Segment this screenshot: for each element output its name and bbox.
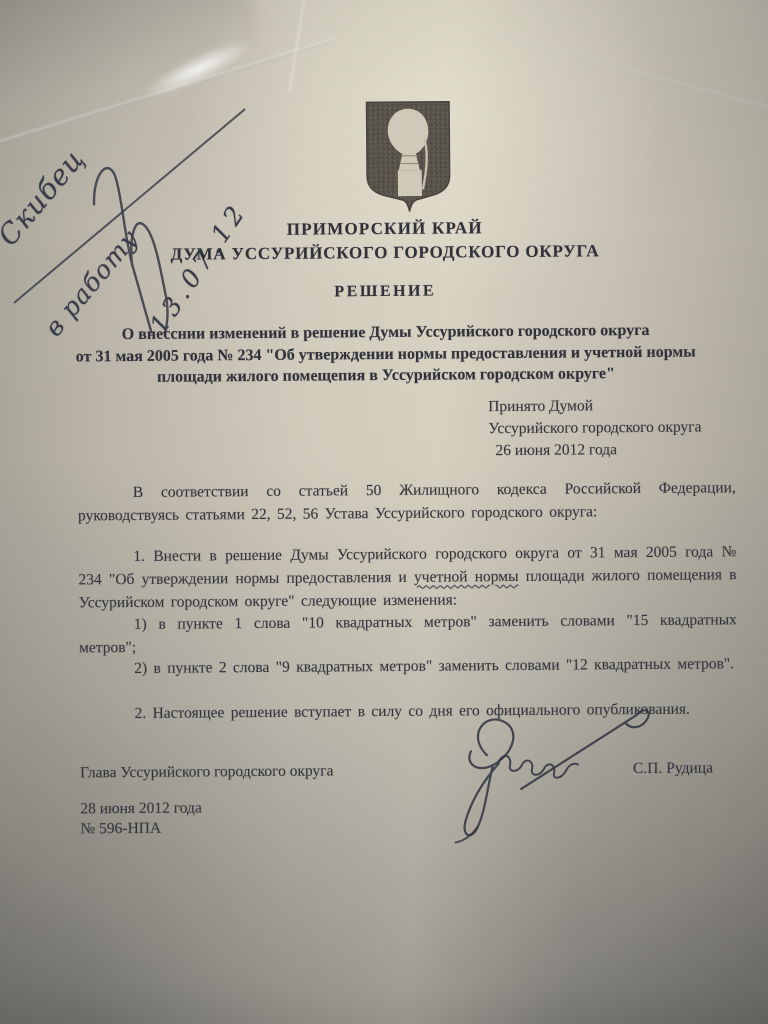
document-date: 28 июня 2012 года xyxy=(80,799,202,818)
subpoint-1-paragraph: 1) в пункте 1 слова "10 квадратных метро… xyxy=(79,609,737,660)
adoption-line-1: Принято Думой xyxy=(488,395,701,419)
region-name: ПРИМОРСКИЙ КРАЙ xyxy=(34,216,736,242)
adoption-date: 26 июня 2012 года xyxy=(495,439,701,463)
document-type: РЕШЕНИЕ xyxy=(34,280,736,304)
adoption-block: Принято Думой Уссурийского городского ок… xyxy=(488,395,702,463)
coat-of-arms-icon xyxy=(360,95,457,216)
subpoint-2-paragraph: 2) в пункте 2 слова "9 квадратных метров… xyxy=(79,653,737,681)
signer-name: С.П. Рудица xyxy=(633,759,713,778)
official-signature xyxy=(424,692,667,844)
preamble-paragraph: В соответствии со статьей 50 Жилищного к… xyxy=(78,477,736,528)
official-document: ПРИМОРСКИЙ КРАЙ ДУМА УССУРИЙСКОГО ГОРОДС… xyxy=(0,0,768,1024)
document-title: О внесснии изменений в решение Думы Уссу… xyxy=(29,319,743,389)
point-1-paragraph: 1. Внести в решение Думы Уссурийского го… xyxy=(78,541,737,615)
document-number: № 596-НПА xyxy=(80,820,161,839)
document-photo: Скибец в работу 13.07.12 ПРИМОРСКИЙ КРАЙ xyxy=(0,0,768,1024)
adoption-line-2: Уссурийского городского округа xyxy=(488,417,701,441)
point-1-underlined-words: учетной нормы xyxy=(414,568,519,586)
authority-name: ДУМА УССУРИЙСКОГО ГОРОДСКОГО ОКРУГА xyxy=(34,240,736,266)
signer-title: Глава Уссурийского городского округа xyxy=(80,762,334,782)
